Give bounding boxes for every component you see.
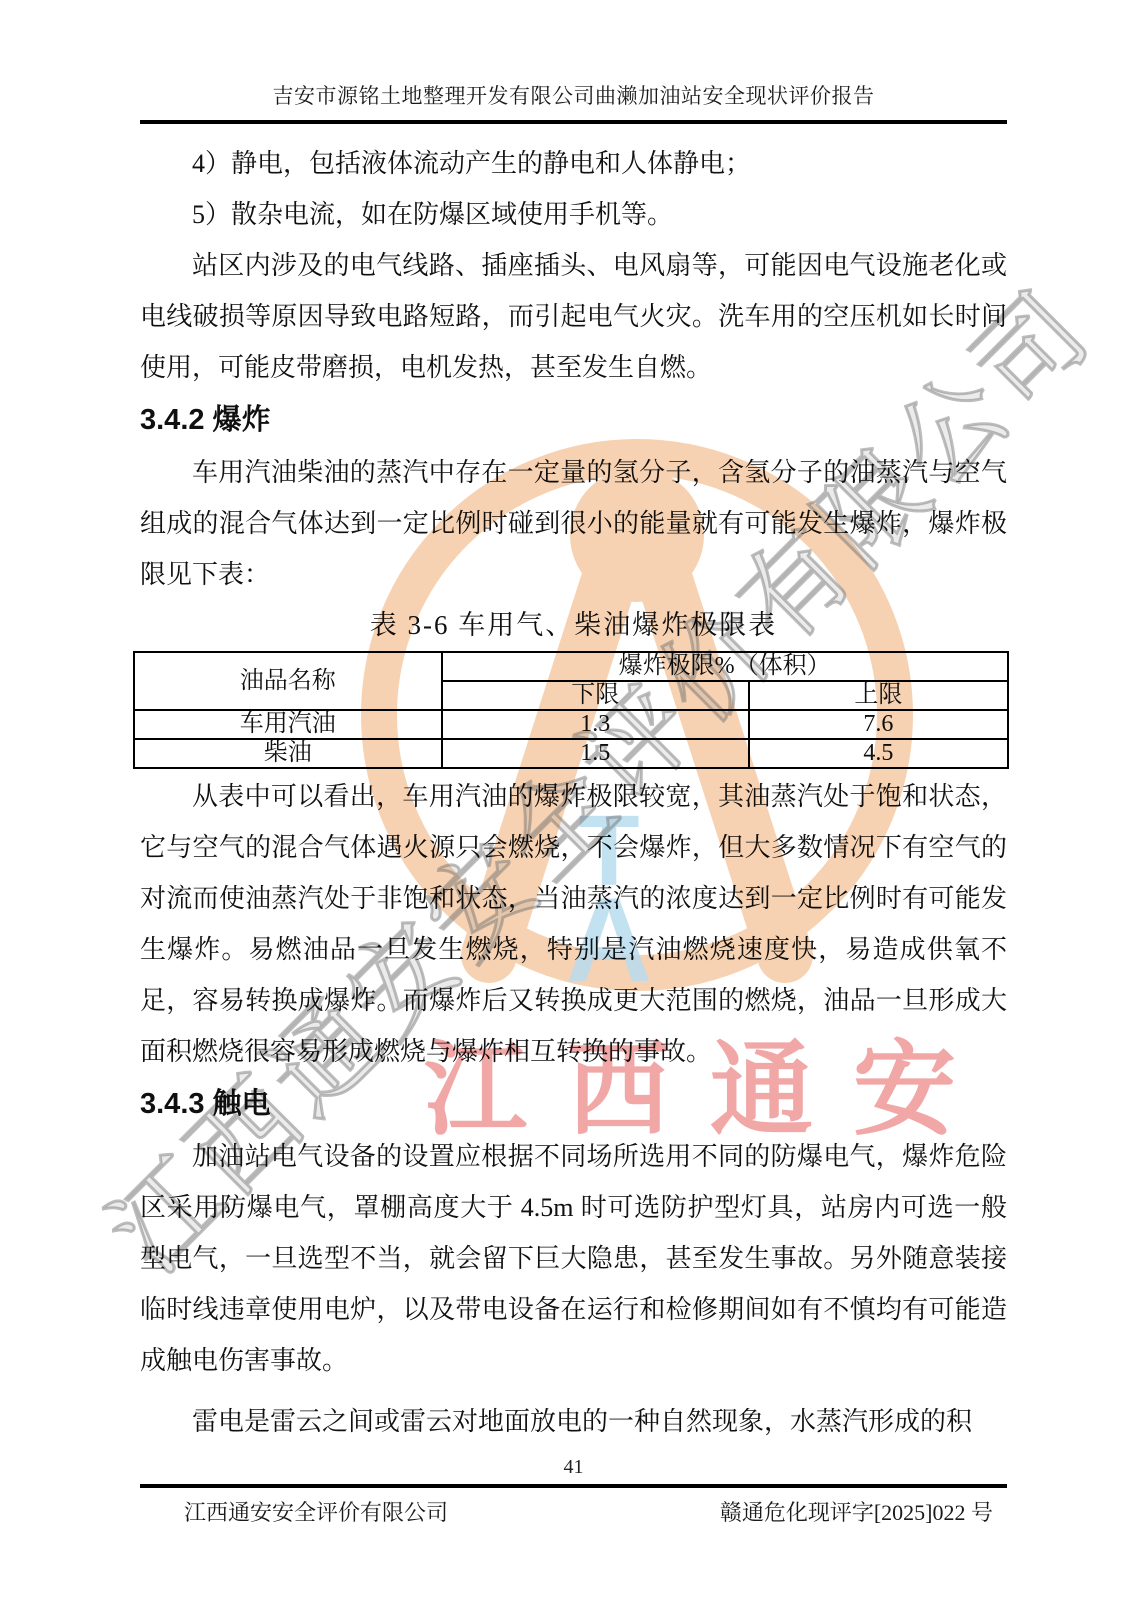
cell-upper-limit: 4.5 — [749, 739, 1008, 768]
cell-upper-limit: 7.6 — [749, 710, 1008, 739]
list-item-stray-current: 5）散杂电流，如在防爆区域使用手机等。 — [140, 189, 1007, 240]
footer-company-name: 江西通安安全评价有限公司 — [184, 1496, 448, 1527]
paragraph-electrical-fire: 站区内涉及的电气线路、插座插头、电风扇等，可能因电气设施老化或电线破损等原因导致… — [140, 240, 1007, 393]
document-body: 4）静电，包括液体流动产生的静电和人体静电； 5）散杂电流，如在防爆区域使用手机… — [140, 138, 1007, 1447]
cell-lower-limit: 1.5 — [442, 739, 750, 768]
column-header-limits: 爆炸极限%（体积） — [442, 652, 1008, 681]
column-header-product: 油品名称 — [134, 652, 442, 710]
table-row: 柴油 1.5 4.5 — [134, 739, 1008, 768]
paragraph-lightning: 雷电是雷云之间或雷云对地面放电的一种自然现象，水蒸汽形成的积 — [140, 1396, 1007, 1447]
column-header-upper: 上限 — [749, 681, 1008, 710]
section-heading-electric-shock: 3.4.3 触电 — [140, 1077, 1007, 1131]
page-number: 41 — [140, 1456, 1007, 1479]
column-header-lower: 下限 — [442, 681, 750, 710]
list-item-static-electricity: 4）静电，包括液体流动产生的静电和人体静电； — [140, 138, 1007, 189]
paragraph-explosion-intro: 车用汽油柴油的蒸汽中存在一定量的氢分子，含氢分子的油蒸汽与空气组成的混合气体达到… — [140, 447, 1007, 600]
paragraph-explosion-analysis: 从表中可以看出，车用汽油的爆炸极限较宽，其油蒸汽处于饱和状态，它与空气的混合气体… — [140, 771, 1007, 1077]
table-row: 车用汽油 1.3 7.6 — [134, 710, 1008, 739]
document-page: 吉安市源铭土地整理开发有限公司曲濑加油站安全现状评价报告 4）静电，包括液体流动… — [0, 0, 1131, 1600]
cell-lower-limit: 1.3 — [442, 710, 750, 739]
table-caption: 表 3-6 车用气、柴油爆炸极限表 — [140, 600, 1007, 651]
section-heading-explosion: 3.4.2 爆炸 — [140, 393, 1007, 447]
paragraph-electric-shock: 加油站电气设备的设置应根据不同场所选用不同的防爆电气，爆炸危险区采用防爆电气，罩… — [140, 1131, 1007, 1386]
page-header: 吉安市源铭土地整理开发有限公司曲濑加油站安全现状评价报告 — [140, 0, 1007, 124]
header-title: 吉安市源铭土地整理开发有限公司曲濑加油站安全现状评价报告 — [140, 80, 1007, 110]
explosion-limits-table: 油品名称 爆炸极限%（体积） 下限 上限 车用汽油 1.3 7.6 柴油 1.5… — [133, 651, 1009, 769]
cell-product-name: 车用汽油 — [134, 710, 442, 739]
table-header-row: 油品名称 爆炸极限%（体积） — [134, 652, 1008, 681]
page-footer: 41 江西通安安全评价有限公司 赣通危化现评字[2025]022 号 — [140, 1456, 1007, 1527]
footer-row: 江西通安安全评价有限公司 赣通危化现评字[2025]022 号 — [140, 1488, 1007, 1527]
footer-document-number: 赣通危化现评字[2025]022 号 — [720, 1496, 993, 1527]
cell-product-name: 柴油 — [134, 739, 442, 768]
